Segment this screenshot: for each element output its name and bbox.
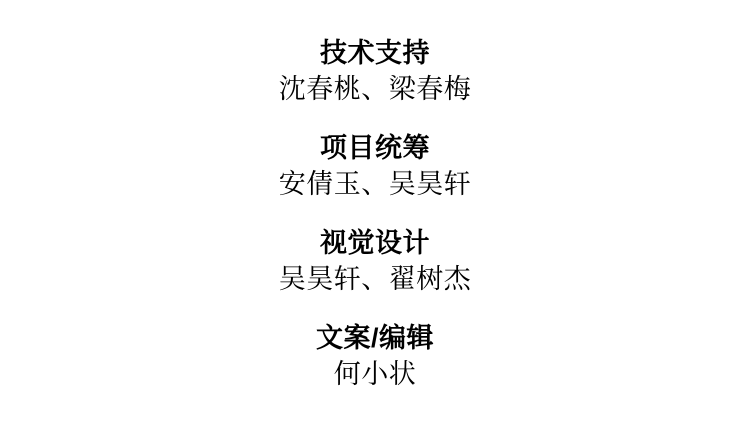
credit-names: 安倩玉、吴昊轩 — [279, 168, 472, 200]
credit-names: 沈春桃、梁春梅 — [279, 73, 472, 105]
credit-section-tech-support: 技术支持 沈春桃、梁春梅 — [279, 37, 472, 105]
credit-role: 技术支持 — [320, 37, 430, 69]
credit-section-project-coordination: 项目统筹 安倩玉、吴昊轩 — [279, 132, 472, 200]
credit-role: 视觉设计 — [320, 227, 430, 259]
credits-page: 技术支持 沈春桃、梁春梅 项目统筹 安倩玉、吴昊轩 视觉设计 吴昊轩、翟树杰 文… — [0, 0, 750, 429]
credit-role: 项目统筹 — [320, 132, 430, 164]
credit-section-copy-editing: 文案/编辑 何小状 — [316, 322, 434, 390]
credit-names: 何小状 — [334, 358, 417, 390]
credit-role: 文案/编辑 — [316, 322, 434, 354]
credit-names: 吴昊轩、翟树杰 — [279, 263, 472, 295]
credit-section-visual-design: 视觉设计 吴昊轩、翟树杰 — [279, 227, 472, 295]
